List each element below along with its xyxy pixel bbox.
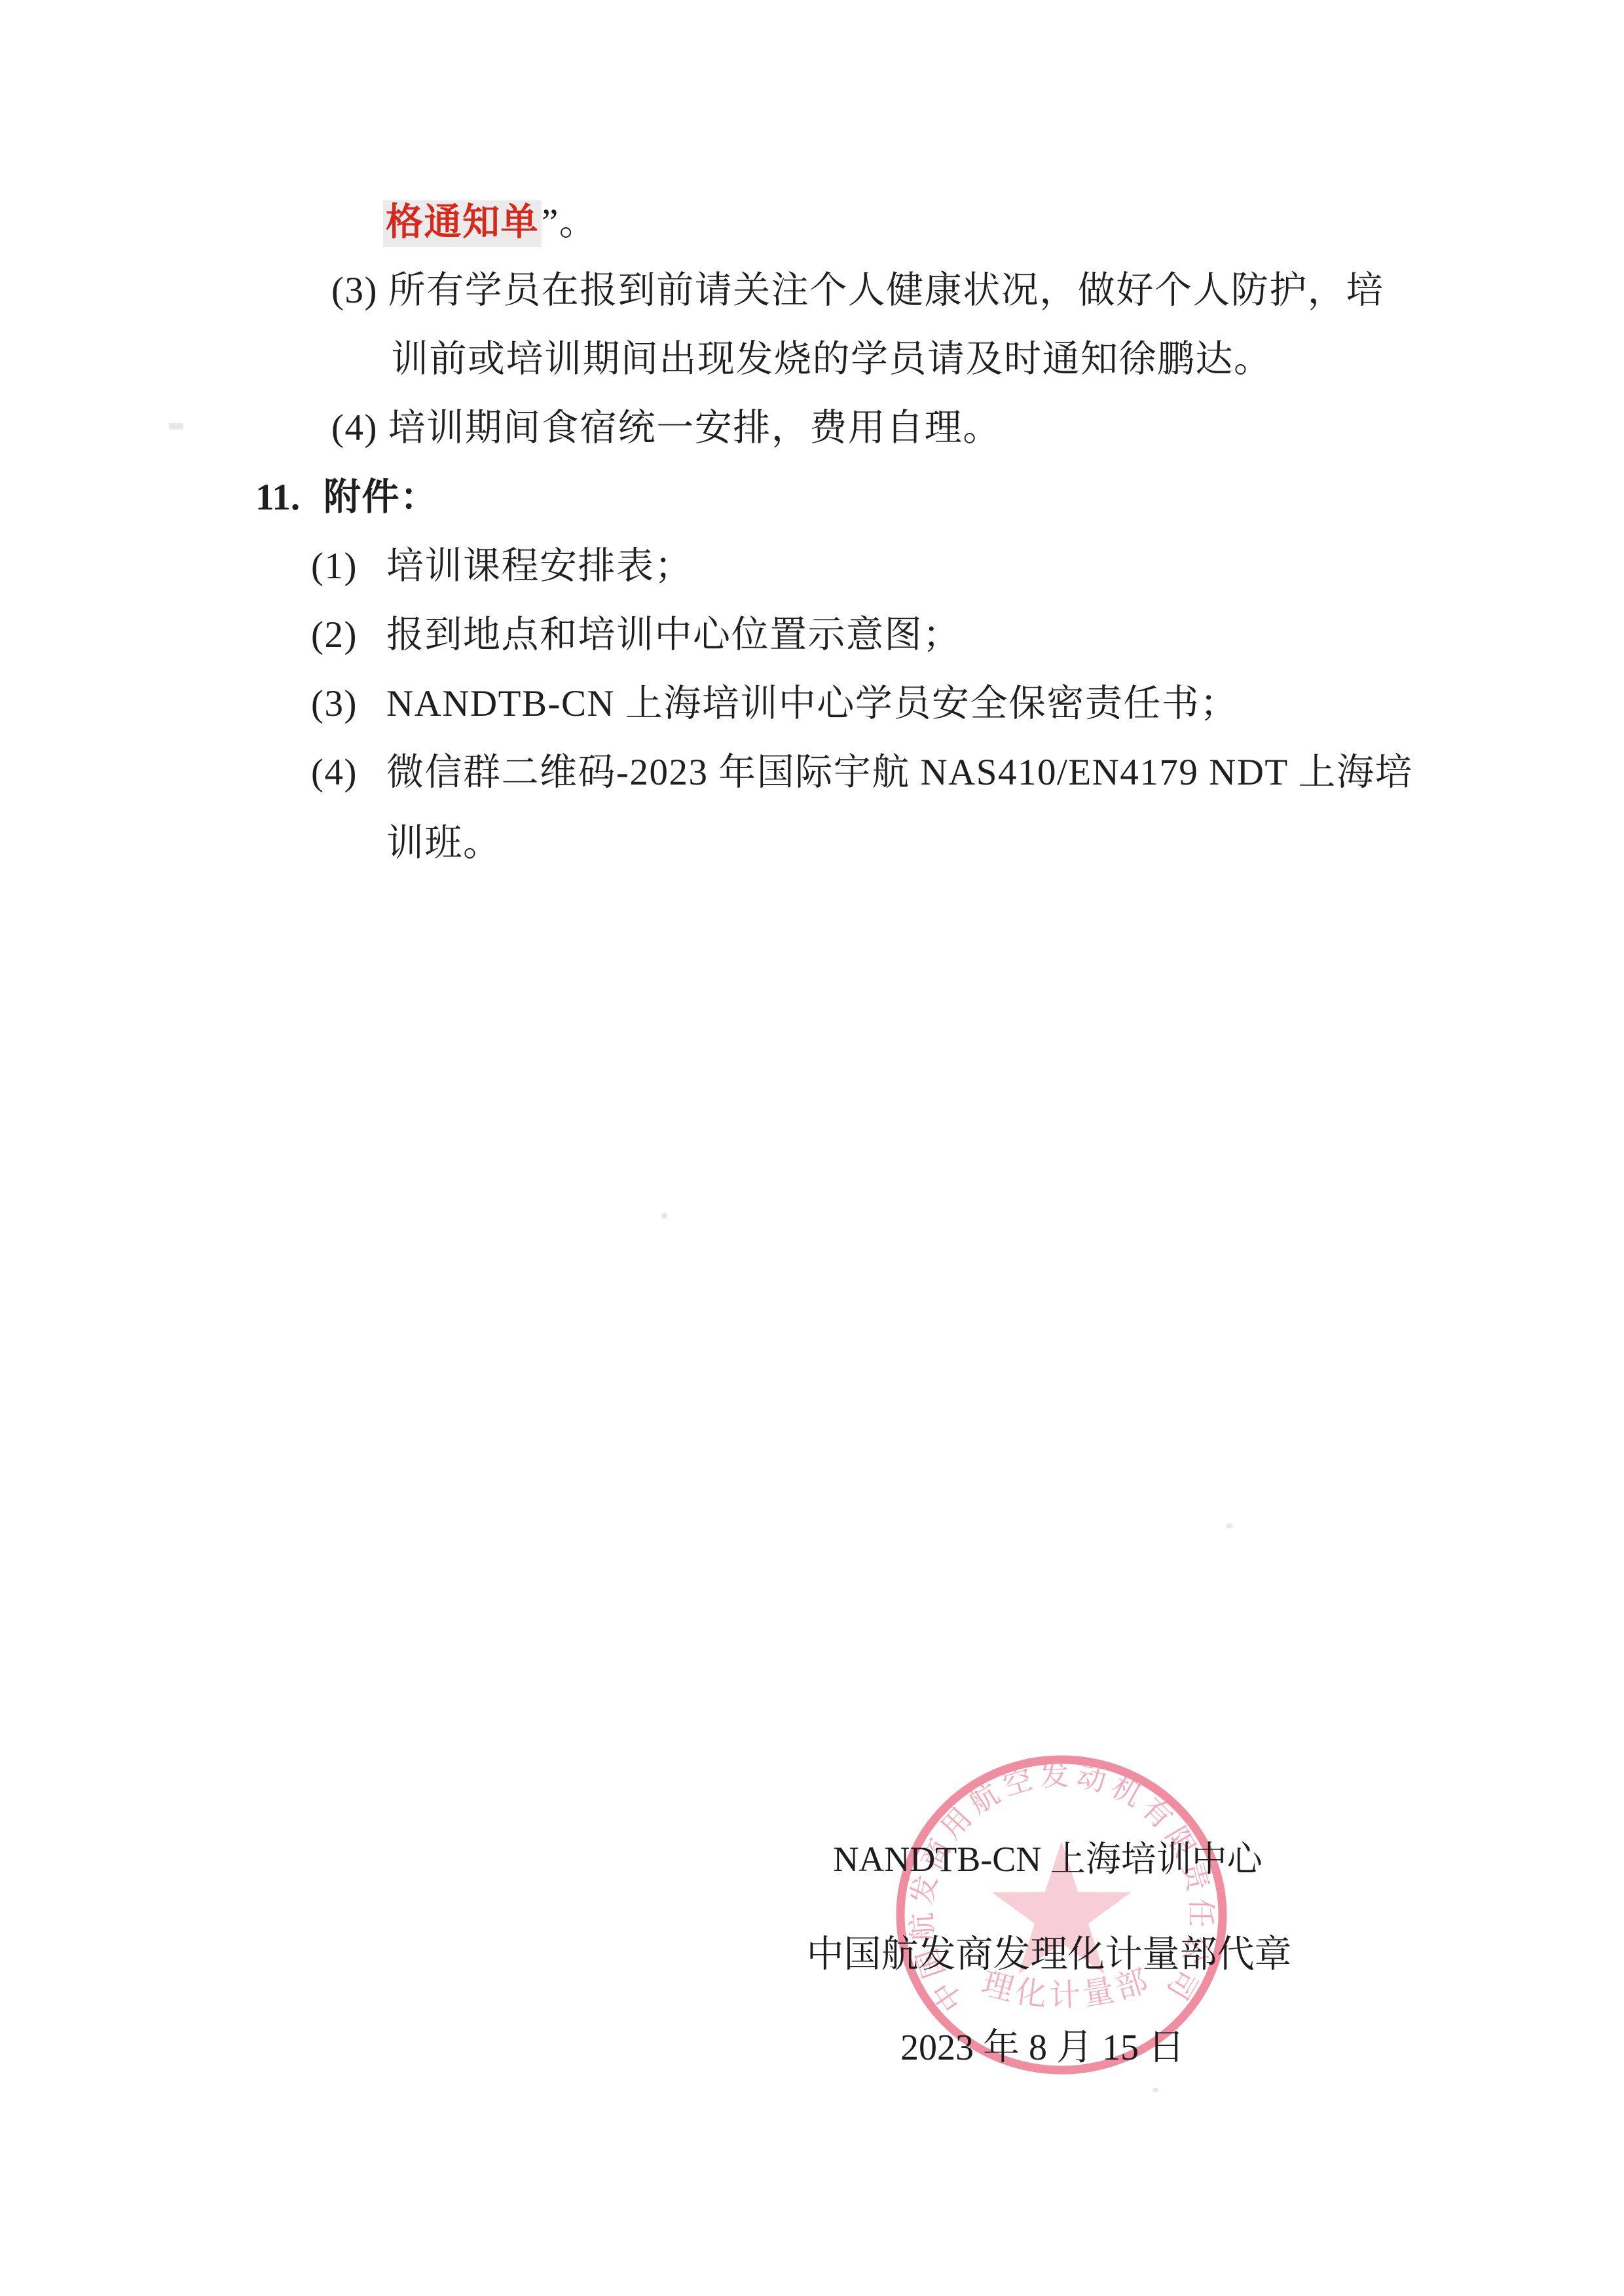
closing-quote-period: ”。 <box>542 202 597 243</box>
attachment-3-text: NANDTB-CN 上海培训中心学员安全保密责任书； <box>386 683 1238 724</box>
highlighted-red-text: 格通知单 <box>383 200 542 247</box>
signature-date: 2023 年 8 月 15 日 <box>900 2018 1185 2071</box>
attachment-4-number: (4) <box>311 750 386 795</box>
attachment-item-2: (2)报到地点和培训中心位置示意图； <box>311 613 961 657</box>
list-item-3-line1: (3) 所有学员在报到前请关注个人健康状况，做好个人防护，培 <box>331 268 1384 313</box>
list-item-3-line2: 训前或培训期间出现发烧的学员请及时通知徐鹏达。 <box>391 337 1272 382</box>
signature-org-line2: 中国航发商发理化计量部代章 <box>807 1924 1292 1978</box>
attachment-item-4-wrap: 训班。 <box>386 821 502 866</box>
signature-org-line1: NANDTB-CN 上海培训中心 <box>833 1831 1263 1881</box>
attachment-item-1: (1)培训课程安排表； <box>311 544 693 589</box>
carryover-line: 格通知单”。 <box>383 200 597 245</box>
scan-speck <box>661 1213 667 1219</box>
attachments-heading: 11.附件： <box>255 475 439 520</box>
scan-speck <box>169 423 183 430</box>
document-page: 格通知单”。 (3) 所有学员在报到前请关注个人健康状况，做好个人防护，培 训前… <box>0 0 1624 2296</box>
attachment-1-number: (1) <box>311 544 386 589</box>
attachment-4-text: 微信群二维码-2023 年国际宇航 NAS410/EN4179 NDT 上海培 <box>386 752 1413 793</box>
heading-title: 附件： <box>323 477 439 518</box>
attachment-item-4: (4)微信群二维码-2023 年国际宇航 NAS410/EN4179 NDT 上… <box>311 750 1413 795</box>
attachment-item-3: (3)NANDTB-CN 上海培训中心学员安全保密责任书； <box>311 682 1238 726</box>
attachment-2-text: 报到地点和培训中心位置示意图； <box>386 614 961 656</box>
attachment-1-text: 培训课程安排表； <box>386 546 693 587</box>
heading-number: 11. <box>255 475 323 520</box>
scan-speck <box>1226 1523 1233 1528</box>
attachment-2-number: (2) <box>311 613 386 657</box>
attachment-3-number: (3) <box>311 682 386 726</box>
list-item-4: (4) 培训期间食宿统一安排，费用自理。 <box>331 406 1001 451</box>
